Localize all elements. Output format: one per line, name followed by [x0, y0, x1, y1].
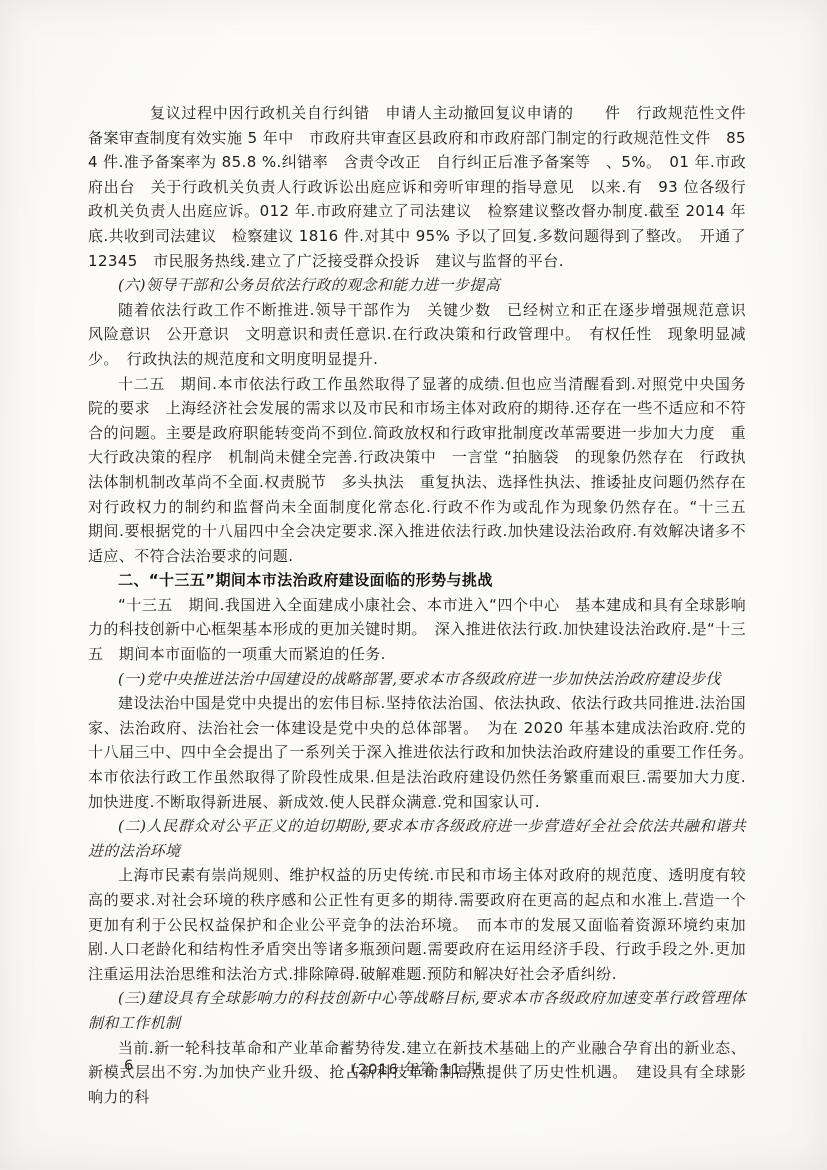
section-heading-2: 二、“十三五”期间本市法治政府建设面临的形势与挑战 — [88, 568, 746, 593]
page-footer: 6 (2016 年第 11 期 — [88, 1058, 746, 1082]
paragraph: 建设法治中国是党中央提出的宏伟目标.坚持依法治国、依法执政、依法行政共同推进.法… — [88, 691, 746, 814]
scanned-document-page: 复议过程中因行政机关自行纠错 申请人主动撤回复议申请的 件 行政规范性文件备案审… — [0, 0, 827, 1170]
paragraph: 十二五 期间.本市依法行政工作虽然取得了显著的成绩.但也应当清醒看到.对照党中央… — [88, 372, 746, 569]
paragraph: 随着依法行政工作不断推进.领导干部作为 关键少数 已经树立和正在逐步增强规范意识… — [88, 298, 746, 372]
subheading-item-1: (一)党中央推进法治中国建设的战略部署,要求本市各级政府进一步加快法治政府建设步… — [88, 667, 746, 692]
subheading-item-6: (六)领导干部和公务员依法行政的观念和能力进一步提高 — [88, 273, 746, 298]
subheading-item-3: (三)建设具有全球影响力的科技创新中心等战略目标,要求本市各级政府加速变革行政管… — [88, 986, 746, 1035]
subheading-item-2: (二)人民群众对公平正义的迫切期盼,要求本市各级政府进一步营造好全社会依法共融和… — [88, 814, 746, 863]
document-body: 复议过程中因行政机关自行纠错 申请人主动撤回复议申请的 件 行政规范性文件备案审… — [88, 101, 746, 1109]
paragraph: “十三五 期间.我国进入全面建成小康社会、本市进入“四个中心 基本建成和具有全球… — [88, 593, 746, 667]
paragraph: 上海市民素有崇尚规则、维护权益的历史传统.市民和市场主体对政府的规范度、透明度有… — [88, 863, 746, 986]
footer-issue-label: (2016 年第 11 期 — [88, 1058, 746, 1079]
paragraph-continuation: 复议过程中因行政机关自行纠错 申请人主动撤回复议申请的 件 行政规范性文件备案审… — [88, 101, 746, 273]
